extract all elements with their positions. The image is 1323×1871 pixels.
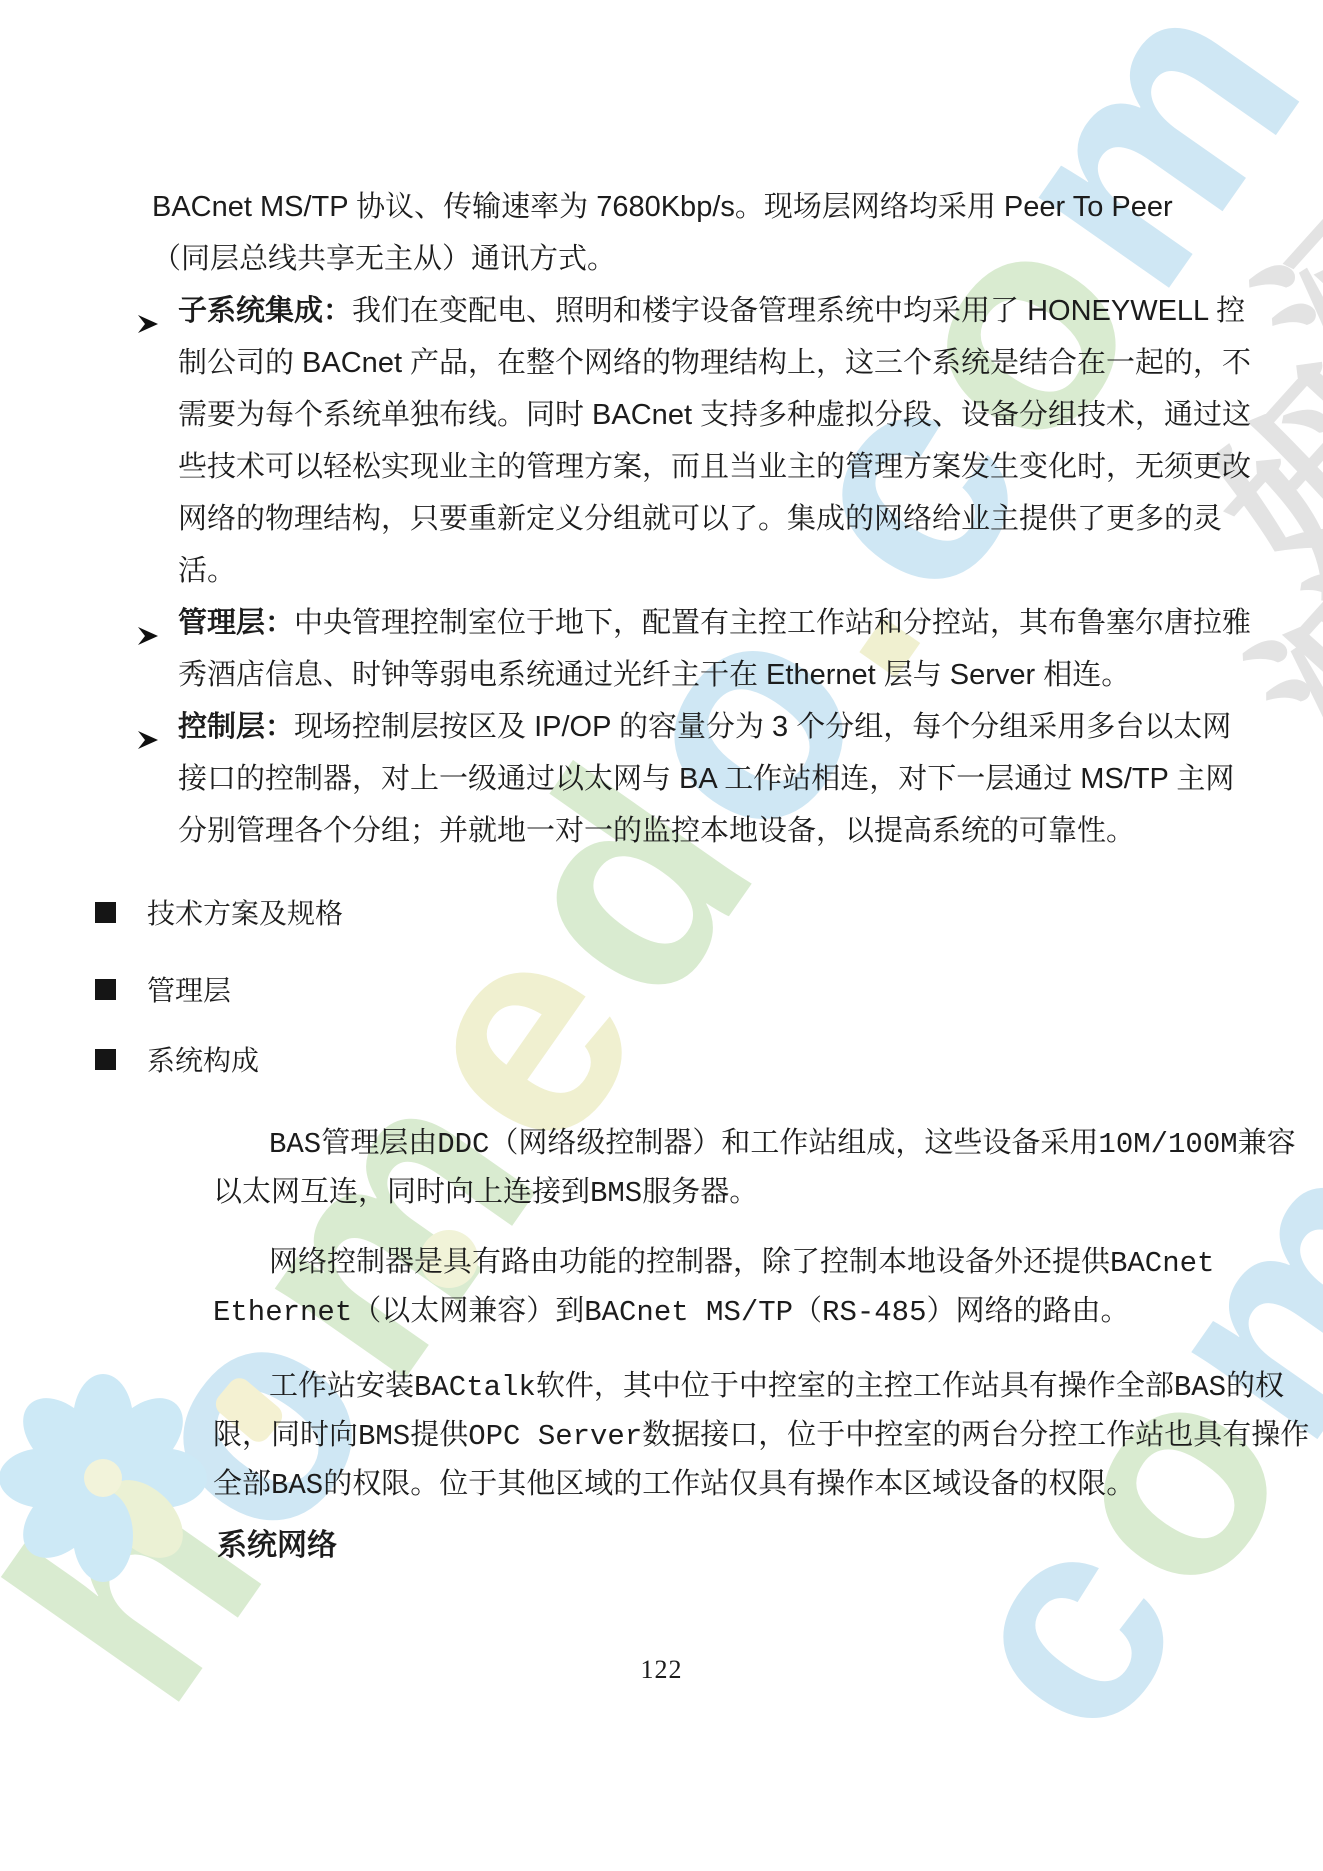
section-heading-composition: 系统构成 xyxy=(95,1043,259,1075)
subheading-system-network: 系统网络 xyxy=(217,1524,337,1573)
paragraph-line: 限，同时向BMS提供OPC Server数据接口，位于中控室的两台分控工作站也具… xyxy=(213,1412,1309,1461)
bullet-cont-line: 制公司的 BACnet 产品，在整个网络的物理结构上，这三个系统是结合在一起的，… xyxy=(152,337,1262,389)
arrow-bullet-icon xyxy=(136,612,160,634)
bullet-item-control: 控制层：现场控制层按区及 IP/OP 的容量分为 3 个分组，每个分组采用多台以… xyxy=(152,701,1262,753)
body-paragraph: 网络控制器是具有路由功能的控制器，除了控制本地设备外还提供BACnet Ethe… xyxy=(213,1239,1214,1337)
square-bullet-icon xyxy=(95,1049,116,1070)
body-paragraph: BAS管理层由DDC（网络级控制器）和工作站组成，这些设备采用10M/100M兼… xyxy=(213,1120,1296,1218)
arrow-bullet-icon xyxy=(136,716,160,738)
bullet-cont-line: 活。 xyxy=(152,545,1262,597)
bullet-cont-line: 需要为每个系统单独布线。同时 BACnet 支持多种虚拟分段、设备分组技术，通过… xyxy=(152,389,1262,441)
arrow-bullet-icon xyxy=(136,300,160,322)
upper-section: BACnet MS/TP 协议、传输速率为 7680Kbp/s。现场层网络均采用… xyxy=(152,181,1262,857)
bullet-cont-line: 秀酒店信息、时钟等弱电系统通过光纤主干在 Ethernet 层与 Server … xyxy=(152,649,1262,701)
paragraph-line: 以太网互连，同时向上连接到BMS服务器。 xyxy=(213,1169,1296,1218)
paragraph-line: 全部BAS的权限。位于其他区域的工作站仅具有操作本区域设备的权限。 xyxy=(213,1461,1309,1510)
section-heading-label: 系统构成 xyxy=(147,1039,259,1079)
bullet-item-management: 管理层：中央管理控制室位于地下，配置有主控工作站和分控站，其布鲁塞尔唐拉雅 xyxy=(152,597,1262,649)
intro-line: （同层总线共享无主从）通讯方式。 xyxy=(152,233,1262,285)
bullet-cont-line: 网络的物理结构，只要重新定义分组就可以了。集成的网络给业主提供了更多的灵 xyxy=(152,493,1262,545)
section-heading-management: 管理层 xyxy=(95,973,231,1005)
bullet-text: 现场控制层按区及 IP/OP 的容量分为 3 个分组，每个分组采用多台以太网 xyxy=(294,711,1231,743)
body-paragraph: 工作站安装BACtalk软件，其中位于中控室的主控工作站具有操作全部BAS的权 … xyxy=(213,1363,1309,1510)
bullet-cont-line: 接口的控制器，对上一级通过以太网与 BA 工作站相连，对下一层通过 MS/TP … xyxy=(152,753,1262,805)
bullet-label: 子系统集成： xyxy=(178,295,352,327)
paragraph-line: Ethernet（以太网兼容）到BACnet MS/TP（RS-485）网络的路… xyxy=(213,1288,1214,1337)
bullet-cont-line: 些技术可以轻松实现业主的管理方案，而且当业主的管理方案发生变化时，无须更改 xyxy=(152,441,1262,493)
page-number: 122 xyxy=(0,1655,1323,1685)
paragraph-line: 网络控制器是具有路由功能的控制器，除了控制本地设备外还提供BACnet xyxy=(213,1239,1214,1288)
paragraph-line: 工作站安装BACtalk软件，其中位于中控室的主控工作站具有操作全部BAS的权 xyxy=(213,1363,1309,1412)
square-bullet-icon xyxy=(95,902,116,923)
bullet-label: 管理层： xyxy=(178,607,294,639)
section-heading-label: 技术方案及规格 xyxy=(147,892,343,932)
bullet-label: 控制层： xyxy=(178,711,294,743)
bullet-text: 中央管理控制室位于地下，配置有主控工作站和分控站，其布鲁塞尔唐拉雅 xyxy=(294,607,1251,639)
bullet-text: 我们在变配电、照明和楼宇设备管理系统中均采用了 HONEYWELL 控 xyxy=(352,295,1245,327)
intro-line: BACnet MS/TP 协议、传输速率为 7680Kbp/s。现场层网络均采用… xyxy=(152,181,1262,233)
section-heading-label: 管理层 xyxy=(147,969,231,1009)
square-bullet-icon xyxy=(95,979,116,1000)
section-heading-tech: 技术方案及规格 xyxy=(95,896,343,928)
bullet-item-subsystem: 子系统集成：我们在变配电、照明和楼宇设备管理系统中均采用了 HONEYWELL … xyxy=(152,285,1262,337)
document-page: homedo.com com 河 姆 渡 BACnet MS/TP 协议、传输速… xyxy=(0,0,1323,1871)
paragraph-line: BAS管理层由DDC（网络级控制器）和工作站组成，这些设备采用10M/100M兼… xyxy=(213,1120,1296,1169)
document-content: BACnet MS/TP 协议、传输速率为 7680Kbp/s。现场层网络均采用… xyxy=(0,0,1323,1871)
bullet-cont-line: 分别管理各个分组；并就地一对一的监控本地设备，以提高系统的可靠性。 xyxy=(152,805,1262,857)
